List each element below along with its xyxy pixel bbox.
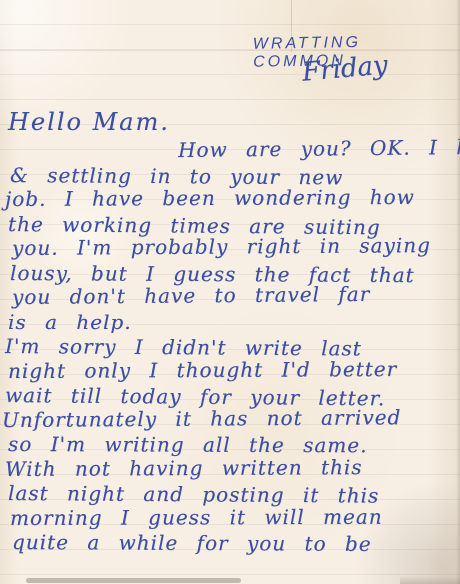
letter-line: morning I guess it will mean [10, 504, 460, 530]
letter-line: night only I thought I'd better [8, 356, 460, 383]
paper-edge-shadow-bottom-right [400, 576, 460, 584]
letter-line: With not having written this [5, 454, 460, 481]
letter-body: How are you? OK. I hope & settling in to… [0, 138, 460, 555]
letter-line: quite a while for you to be [12, 530, 460, 557]
letter-line: is a help. [8, 310, 460, 335]
letter-line: How are you? OK. I hope [178, 135, 460, 162]
letter-greeting: Hello Mam. [8, 108, 170, 136]
letter-line: job. I have been wondering how [5, 185, 460, 212]
letter-page: WRATTING COMMON Friday Hello Mam. How ar… [0, 0, 460, 584]
letter-line: you. I'm probably right in saying [12, 233, 460, 261]
letter-date: Friday [301, 50, 389, 87]
paper-edge-shadow-bottom [26, 578, 241, 583]
letter-line: Unfortunately it has not arrived [2, 404, 460, 432]
letter-line: you don't have to travel far [12, 281, 460, 309]
